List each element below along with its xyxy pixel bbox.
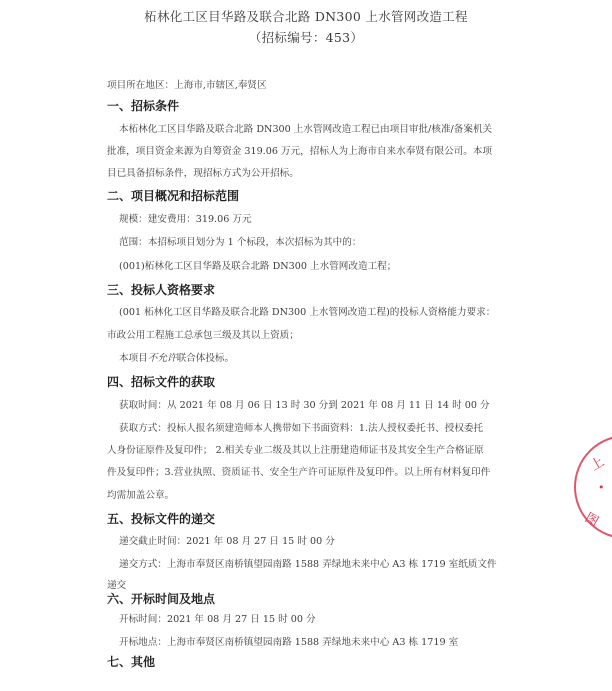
section-4-line-3: 人身份证原件及复印件； 2.相关专业二级及其以上注册建造师证书及其安全生产合格证… — [107, 445, 512, 457]
section-heading-2: 二、项目概况和招标范围 — [107, 189, 239, 203]
section-2-line-2: 范围：本招标项目划分为 1 个标段，本次招标为其中的： — [119, 237, 524, 249]
stamp-char-3: 图 — [582, 507, 603, 530]
section-heading-7: 七、其他 — [107, 655, 155, 669]
section-3-line-1: (001 柘林化工区目华路及联合北路 DN300 上水管网改造工程)的投标人资格… — [119, 307, 524, 319]
section-4-line-4: 件及复印件；3.营业执照、资质证书、安全生产许可证原件及复印件。以上所有材料复印… — [107, 467, 512, 479]
section-4-line-5: 均需加盖公章。 — [107, 490, 512, 502]
section-heading-4: 四、招标文件的获取 — [107, 375, 215, 389]
section-3-line-2: 市政公用工程施工总承包三级及其以上资质； — [107, 330, 512, 342]
joint-bid-line: 本项目不允许联合体投标。 — [119, 353, 524, 365]
section-heading-6: 六、开标时间及地点 — [107, 592, 215, 606]
location-line: 项目所在地区：上海市,市辖区,奉贤区 — [107, 80, 512, 92]
joint-emphasis: 不允许 — [148, 353, 177, 364]
joint-prefix: 本项目 — [119, 353, 148, 364]
section-6-line-2: 开标地点：上海市奉贤区南桥镇望园南路 1588 弄绿地未来中心 A3 栋 171… — [119, 637, 524, 649]
section-4-line-1: 获取时间：从 2021 年 08 月 06 日 13 时 30 分到 2021 … — [119, 400, 524, 412]
stamp-char-2: • — [598, 481, 605, 494]
official-seal-stamp: 上 • 图 — [574, 435, 612, 539]
document-page: 柘林化工区目华路及联合北路 DN300 上水管网改造工程 （招标编号：453） … — [0, 0, 612, 691]
section-heading-1: 一、招标条件 — [107, 99, 179, 113]
section-4-line-2: 获取方式：投标人报名须建造师本人携带如下书面资料：1.法人授权委托书、授权委托 — [119, 423, 524, 435]
joint-suffix: 联合体投标。 — [177, 353, 235, 364]
document-title: 柘林化工区目华路及联合北路 DN300 上水管网改造工程 — [0, 7, 612, 25]
section-5-line-2: 递交方式：上海市奉贤区南桥镇望园南路 1588 弄绿地未来中心 A3 栋 171… — [119, 559, 524, 571]
section-1-line-2: 批准，项目资金来源为自筹资金 319.06 万元，招标人为上海市自来水奉贤有限公… — [107, 146, 512, 158]
section-6-line-1: 开标时间：2021 年 08 月 27 日 15 时 00 分 — [119, 614, 524, 626]
document-subtitle: （招标编号：453） — [0, 28, 612, 46]
stamp-char-1: 上 — [586, 451, 607, 474]
section-5-line-3: 递交 — [107, 580, 512, 592]
section-2-line-3: (001)柘林化工区目华路及联合北路 DN300 上水管网改造工程； — [119, 261, 524, 273]
section-heading-5: 五、投标文件的递交 — [107, 512, 215, 526]
section-5-line-1: 递交截止时间：2021 年 08 月 27 日 15 时 00 分 — [119, 536, 524, 548]
section-1-line-1: 本柘林化工区目华路及联合北路 DN300 上水管网改造工程已由项目审批/核准/备… — [119, 124, 524, 136]
section-2-line-1: 规模：建安费用：319.06 万元 — [119, 214, 524, 226]
section-heading-3: 三、投标人资格要求 — [107, 283, 215, 297]
section-1-line-3: 目已具备招标条件，现招标方式为公开招标。 — [107, 168, 512, 180]
